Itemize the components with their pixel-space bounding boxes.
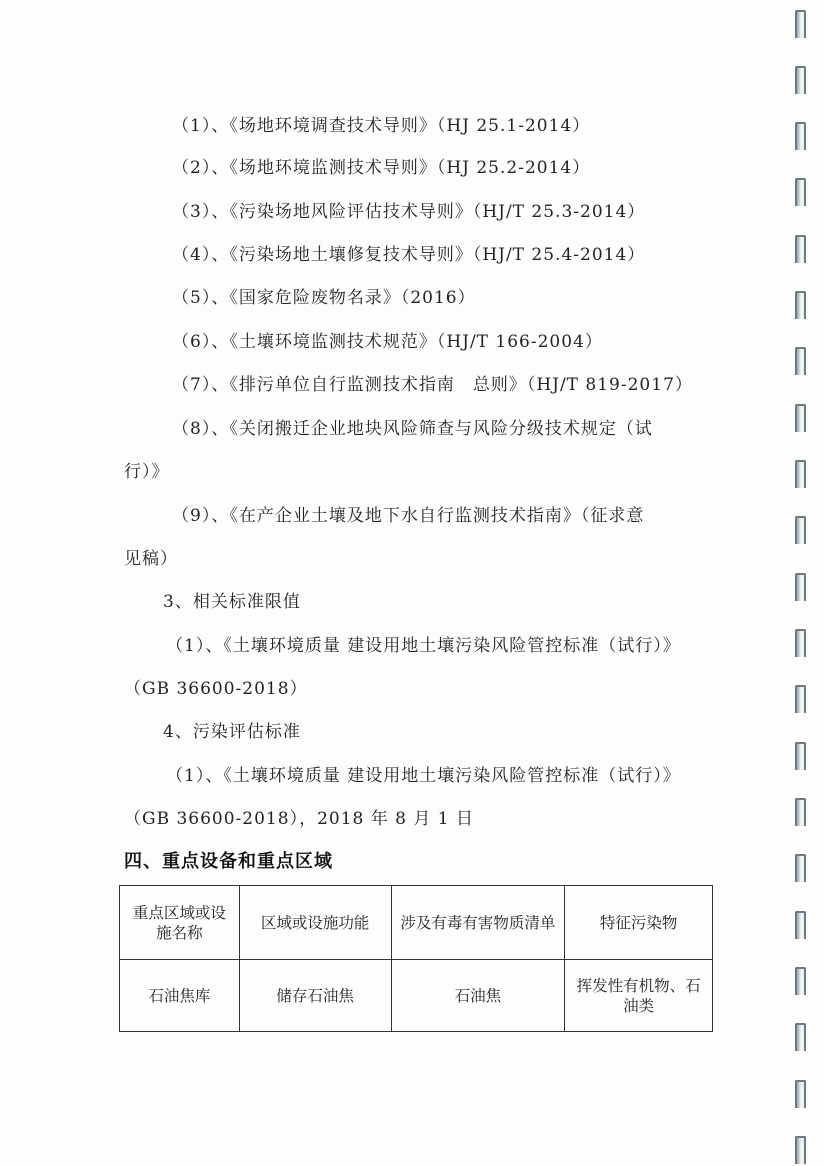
binding-clip-icon	[795, 1080, 806, 1108]
reference-item-2: （2）、《场地环境监测技术导则》（HJ 25.2-2014）	[172, 158, 590, 178]
table-cell: 石油焦	[391, 960, 565, 1032]
chapter-heading: 四、重点设备和重点区域	[124, 852, 333, 872]
binding-clip-icon	[795, 967, 806, 995]
table-header-cell: 区域或设施功能	[239, 886, 391, 960]
table-header-cell: 特征污染物	[565, 886, 713, 960]
binding-clip-icon	[795, 404, 806, 432]
table-row: 石油焦库 储存石油焦 石油焦 挥发性有机物、石油类	[120, 960, 713, 1032]
reference-item-9-line-1: （9）、《在产企业土壤及地下水自行监测技术指南》（征求意	[172, 506, 644, 526]
section-3-item-1-line-1: （1）、《土壤环境质量 建设用地土壤污染风险管控标准（试行）》	[166, 636, 681, 656]
binding-clip-icon	[795, 742, 806, 770]
binding-clip-icon	[795, 1136, 806, 1164]
section-4-item-1-line-2: （GB 36600-2018），2018 年 8 月 1 日	[124, 809, 474, 829]
table-header-cell: 涉及有毒有害物质清单	[391, 886, 565, 960]
binding-clip-icon	[795, 460, 806, 488]
reference-item-5: （5）、《国家危险废物名录》（2016）	[172, 288, 476, 308]
table-header-cell: 重点区域或设施名称	[120, 886, 240, 960]
binding-clip-icon	[795, 685, 806, 713]
reference-item-8-line-1: （8）、《关闭搬迁企业地块风险筛查与风险分级技术规定（试	[172, 419, 653, 439]
table-cell: 挥发性有机物、石油类	[565, 960, 713, 1032]
binding-clip-icon	[795, 911, 806, 939]
reference-item-7: （7）、《排污单位自行监测技术指南 总则》（HJ/T 819-2017）	[172, 375, 693, 395]
document-page: （1）、《场地环境调查技术导则》（HJ 25.1-2014） （2）、《场地环境…	[0, 0, 825, 1166]
binding-clip-icon	[795, 10, 806, 38]
table-header-row: 重点区域或设施名称 区域或设施功能 涉及有毒有害物质清单 特征污染物	[120, 886, 713, 960]
binding-clip-icon	[795, 347, 806, 375]
binding-clip-icon	[795, 854, 806, 882]
table-cell: 石油焦库	[120, 960, 240, 1032]
reference-item-9-line-2: 见稿）	[124, 549, 178, 569]
binding-edge	[795, 0, 807, 1166]
binding-clip-icon	[795, 235, 806, 263]
reference-item-1: （1）、《场地环境调查技术导则》（HJ 25.1-2014）	[172, 116, 590, 136]
section-3-item-1-line-2: （GB 36600-2018）	[124, 679, 308, 699]
section-3-title: 3、相关标准限值	[163, 592, 301, 612]
binding-clip-icon	[795, 516, 806, 544]
section-4-item-1-line-1: （1）、《土壤环境质量 建设用地土壤污染风险管控标准（试行）》	[166, 766, 681, 786]
binding-clip-icon	[795, 573, 806, 601]
binding-clip-icon	[795, 798, 806, 826]
reference-item-3: （3）、《污染场地风险评估技术导则》（HJ/T 25.3-2014）	[172, 202, 645, 222]
binding-clip-icon	[795, 66, 806, 94]
binding-clip-icon	[795, 1023, 806, 1051]
binding-clip-icon	[795, 629, 806, 657]
reference-item-4: （4）、《污染场地土壤修复技术导则》（HJ/T 25.4-2014）	[172, 245, 645, 265]
table-cell: 储存石油焦	[239, 960, 391, 1032]
section-4-title: 4、污染评估标准	[163, 722, 301, 742]
binding-clip-icon	[795, 291, 806, 319]
reference-item-6: （6）、《土壤环境监测技术规范》（HJ/T 166-2004）	[172, 332, 603, 352]
reference-item-8-line-2: 行）》	[124, 462, 170, 482]
binding-clip-icon	[795, 122, 806, 150]
binding-clip-icon	[795, 178, 806, 206]
key-areas-table: 重点区域或设施名称 区域或设施功能 涉及有毒有害物质清单 特征污染物 石油焦库 …	[119, 885, 713, 1032]
